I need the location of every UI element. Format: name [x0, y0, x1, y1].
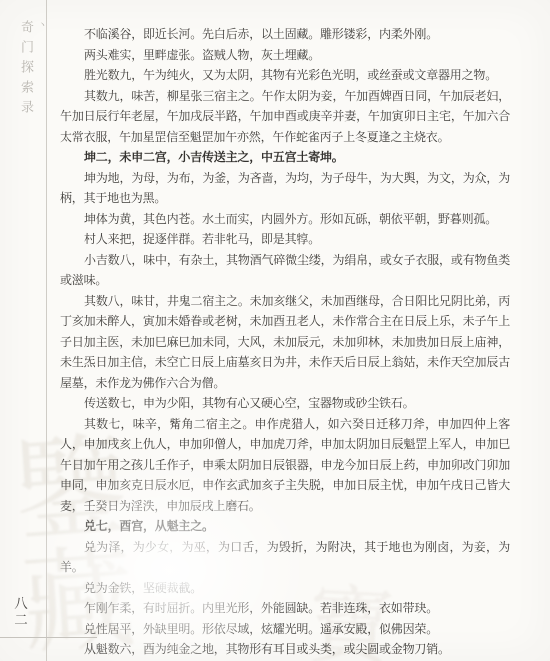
body-paragraph: 其数九，味苦，柳星张三宿主之。午作太阴为妾，午加酉婢酉日同，午加辰老妇，午加日辰… [60, 86, 510, 148]
page-body: 不临溪谷，即近长河。先白后赤，以土固藏。雕形镂彩，内柔外刚。两头难实，里畔虚张。… [60, 24, 510, 660]
series-title-text: 奇门探索录 [19, 20, 34, 120]
body-paragraph: 兑为泽，为少女，为巫，为口舌，为毁折，为附决，其于地也为刚卤，为妾，为羊。 [60, 537, 510, 578]
body-paragraph: 乍刚乍柔，有时屈折。内里光形，外能圆缺。若非连珠，衣如带玦。 [60, 598, 510, 619]
body-paragraph: 不临溪谷，即近长河。先白后赤，以土固藏。雕形镂彩，内柔外刚。 [60, 24, 510, 45]
body-paragraph: 传送数七，申为少阳，其物有心又硬心空，宝器物或砂尘铁石。 [60, 393, 510, 414]
scanned-book-page: 鑒藏 寶 丶奇门探索录 不临溪谷，即近长河。先白后赤，以土固藏。雕形镂彩，内柔外… [0, 0, 550, 661]
margin-series-title: 丶奇门探索录 [17, 20, 49, 120]
body-paragraph: 村人来把，捉逐伴群。若非牝马，即是其犉。 [60, 229, 510, 250]
body-paragraph: 其数八，味甘，井鬼二宿主之。未加亥继父，未加酉继母，合日阳比兄阴比弟，丙丁亥加未… [60, 291, 510, 394]
body-paragraph: 小吉数八，味中，有杂土，其物酒气碎微尘缕，为绢帛，或女子衣服，或有物鱼类或滋味。 [60, 250, 510, 291]
body-paragraph: 胜光数九，午为纯火，又为太阴，其物有光彩色光明，或丝蚕或文章器用之物。 [60, 65, 510, 86]
body-paragraph: 从魁数六，酉为纯金之地，其物形有耳目或头类，或尖圆或金物刀销。 [60, 639, 510, 660]
body-paragraph: 两头难实，里畔虚张。盗贼人物，灰土埋藏。 [60, 45, 510, 66]
body-paragraph: 其数七，味辛，觜角二宿主之。申作虎猎人，如六癸日迁移刀斧，申加四仲上客人，申加戌… [60, 414, 510, 517]
body-paragraph: 兑性居平，外缺里明。形依尽域，炫耀光明。遥承安殿，似佛因荣。 [60, 619, 510, 640]
folio-rule [0, 637, 97, 638]
body-paragraph: 坤体为黄，其色内苍。水土而实，内圆外方。形如瓦砾，朝依平朝，野暮则孤。 [60, 209, 510, 230]
folio-page-number: 八二 [9, 596, 29, 629]
margin-tick-mark: 丶 [36, 20, 49, 116]
section-heading: 坤二，未申二宫，小吉传送主之，中五宫土寄坤。 [60, 147, 510, 168]
body-paragraph: 兑为金铁，坚硬裁截。 [60, 578, 510, 599]
section-heading: 兑七，酉宫，从魁主之。 [60, 516, 510, 537]
body-paragraph: 坤为地，为母，为布，为釜，为吝啬，为均，为子母牛，为大舆，为文，为众，为柄，其于… [60, 168, 510, 209]
